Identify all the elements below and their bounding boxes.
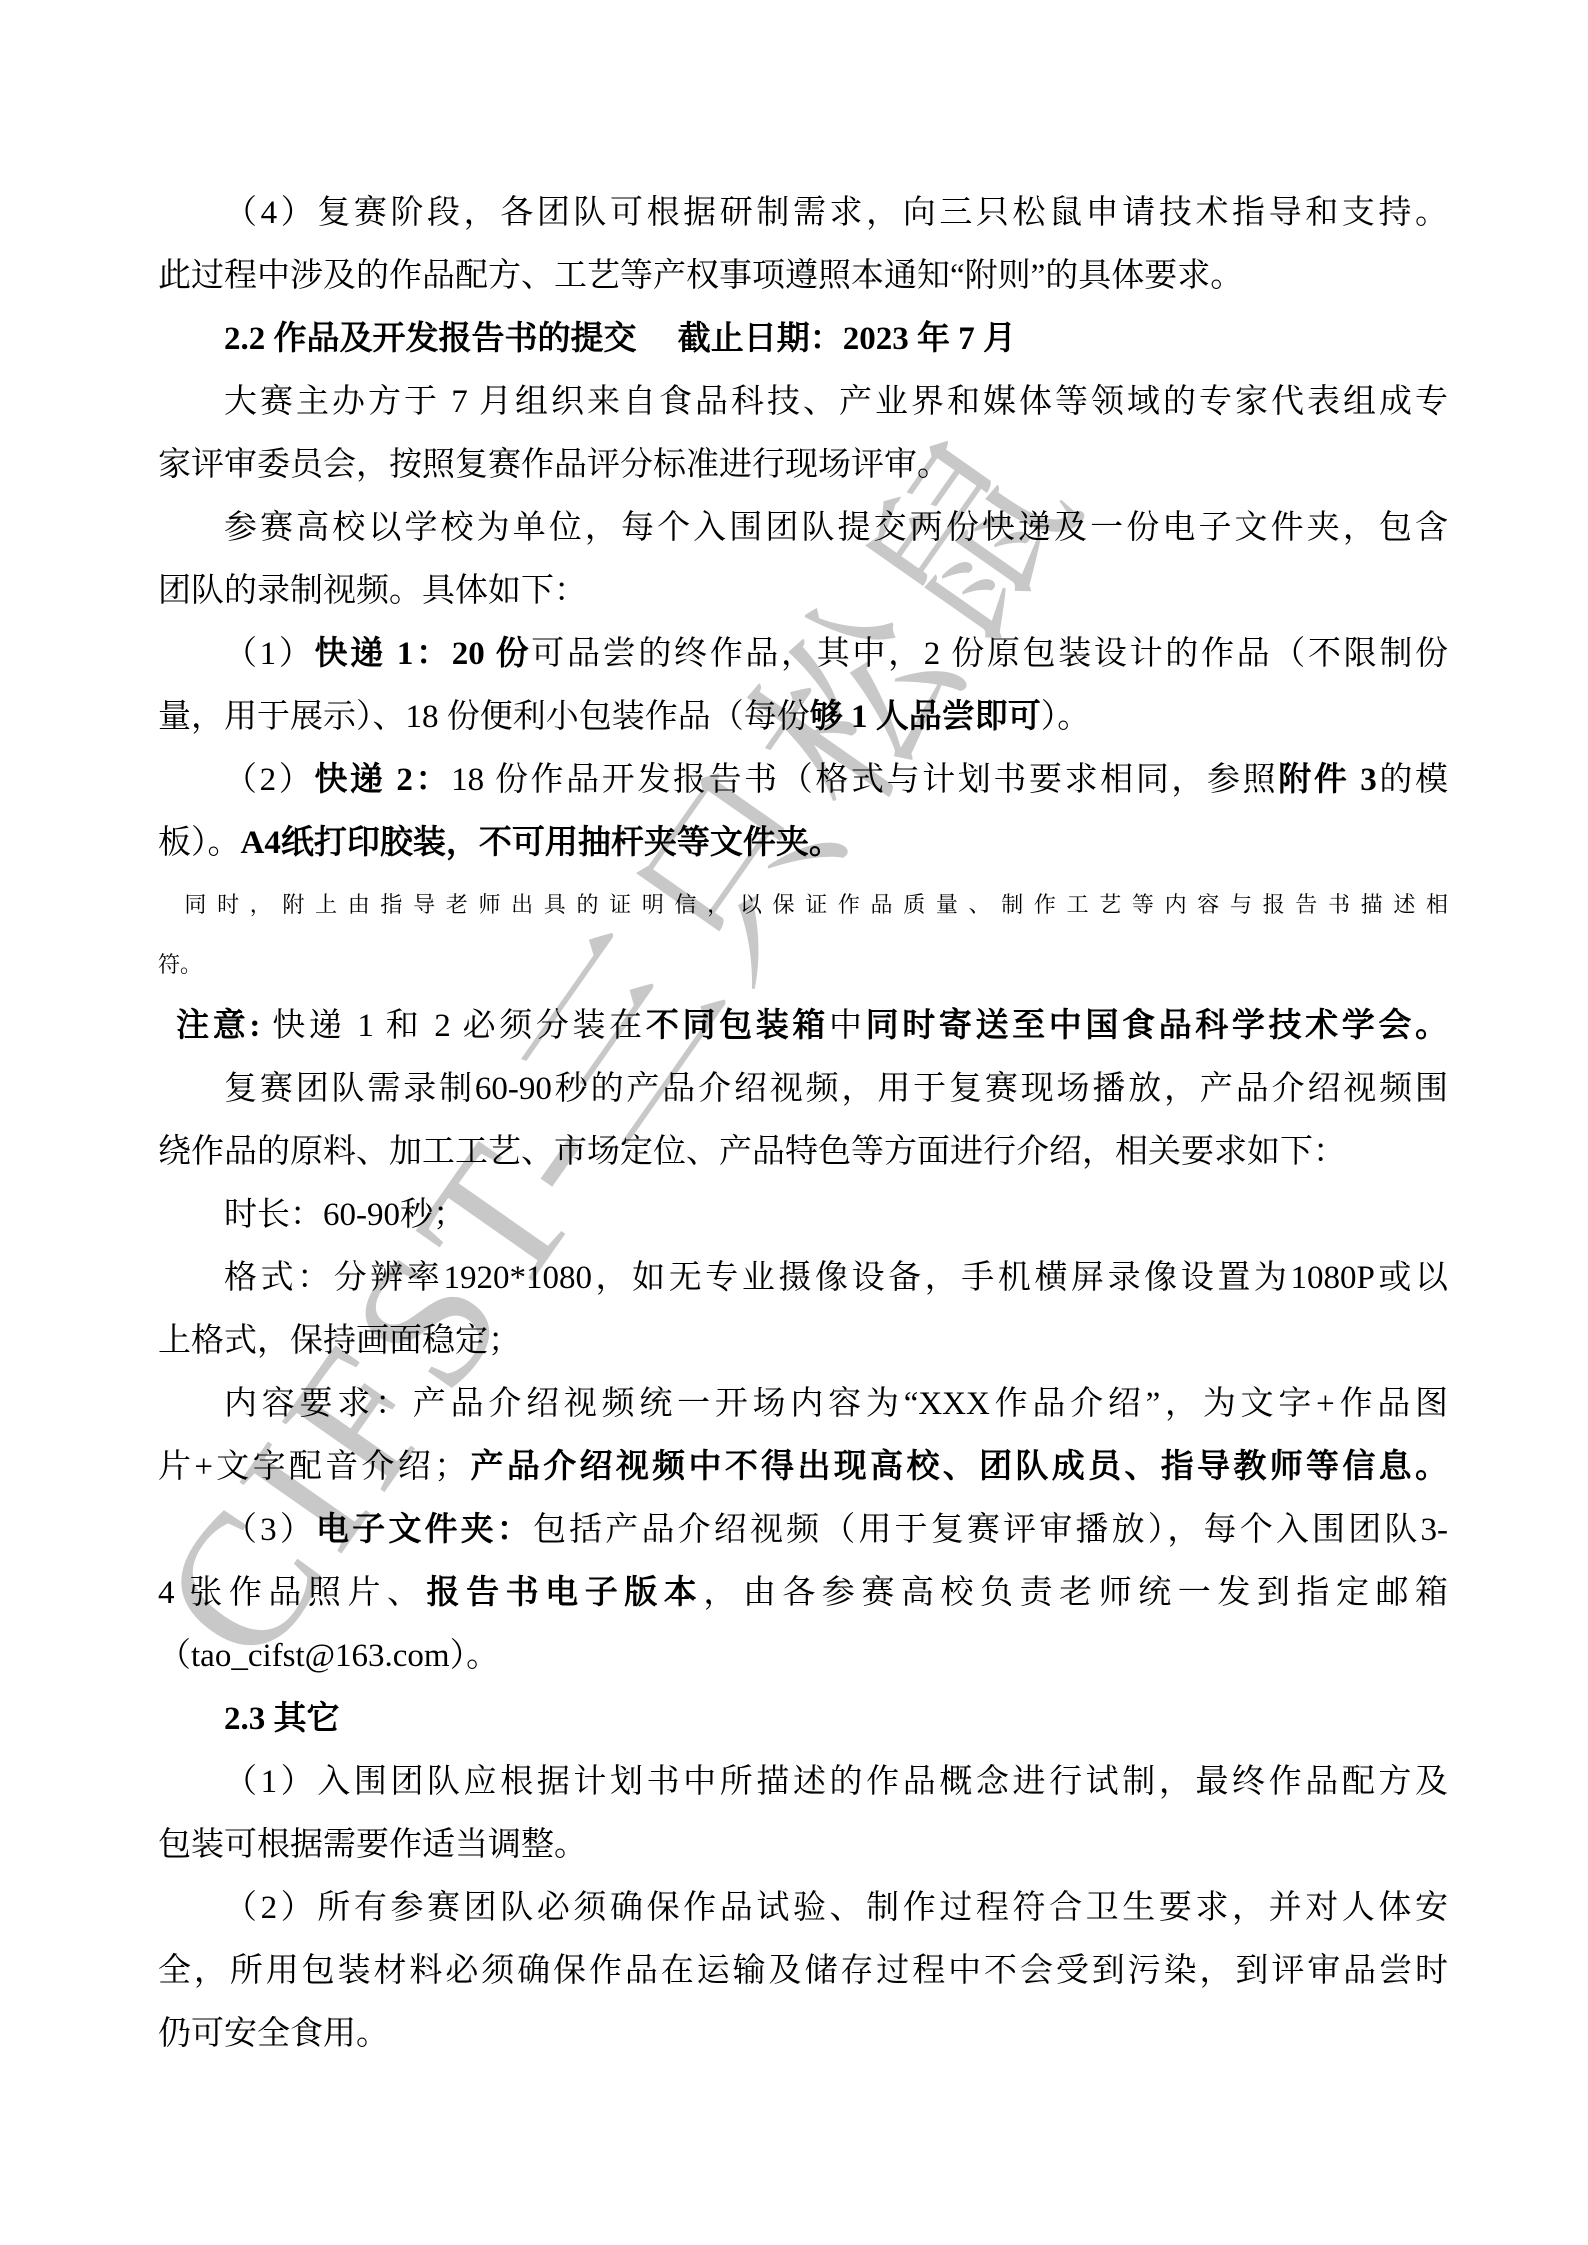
text-segment: 符。 [158, 952, 202, 977]
text-segment: 家评审委员会，按照复赛作品评分标准进行现场评审。 [158, 447, 950, 483]
text-line: 包装可根据需要作适当调整。 [158, 1814, 1448, 1877]
text-line: 同时，附上由指导老师出具的证明信，以保证作品质量、制作工艺等内容与报告书描述相 [158, 875, 1448, 935]
text-line: 注意: 快递 1 和 2 必须分装在不同包装箱中同时寄送至中国食品科学技术学会。 [158, 995, 1448, 1058]
text-line: 2.2 作品及开发报告书的提交 截止日期：2023 年 7 月 [158, 308, 1448, 371]
bold-text-segment: 2.3 其它 [224, 1701, 340, 1737]
bold-text-segment: 附件 3 [1278, 762, 1377, 798]
text-line: 此过程中涉及的作品配方、工艺等产权事项遵照本通知“附则”的具体要求。 [158, 245, 1448, 308]
text-segment: 18 份作品开发报告书（格式与计划书要求相同，参照 [451, 762, 1278, 798]
text-line: 大赛主办方于 7 月组织来自食品科技、产业界和媒体等领域的专家代表组成专 [158, 371, 1448, 434]
text-segment: 量，用于展示）、18 份便利小包装作品（每份 [158, 699, 810, 735]
text-line: （tao_cifst@163.com）。 [158, 1625, 1448, 1688]
bold-text-segment: 快递 2： [314, 762, 451, 798]
text-segment: 绕作品的原料、加工工艺、市场定位、产品特色等方面进行介绍，相关要求如下： [158, 1134, 1346, 1170]
text-line: （3）电子文件夹：包括产品介绍视频（用于复赛评审播放），每个入围团队3- [158, 1499, 1448, 1562]
text-line: 片+文字配音介绍；产品介绍视频中不得出现高校、团队成员、指导教师等信息。 [158, 1436, 1448, 1499]
text-segment: 时长：60-90秒； [224, 1197, 466, 1233]
text-segment: 快递 1 和 2 必须分装在 [260, 1008, 645, 1044]
text-line: （4）复赛阶段，各团队可根据研制需求，向三只松鼠申请技术指导和支持。 [158, 182, 1448, 245]
text-segment: 团队的录制视频。具体如下： [158, 573, 587, 609]
text-line: 家评审委员会，按照复赛作品评分标准进行现场评审。 [158, 434, 1448, 497]
text-line: 符。 [158, 935, 1448, 995]
text-segment: 全，所用包装材料必须确保作品在运输及储存过程中不会受到污染，到评审品尝时 [158, 1953, 1448, 1989]
text-segment: （2）所有参赛团队必须确保作品试验、制作过程符合卫生要求，并对人体安 [224, 1890, 1448, 1926]
text-segment: （3） [224, 1512, 316, 1548]
bold-text-segment: 不同包装箱 [646, 1008, 829, 1044]
text-line: 参赛高校以学校为单位，每个入围团队提交两份快递及一份电子文件夹，包含 [158, 497, 1448, 560]
text-segment: 4 张作品照片、 [158, 1575, 427, 1611]
text-line: 团队的录制视频。具体如下： [158, 560, 1448, 623]
text-line: 时长：60-90秒； [158, 1184, 1448, 1247]
text-line: （2）所有参赛团队必须确保作品试验、制作过程符合卫生要求，并对人体安 [158, 1877, 1448, 1940]
bold-text-segment: 报告书电子版本 [427, 1575, 704, 1611]
text-line: （1）快递 1：20 份可品尝的终作品，其中，2 份原包装设计的作品（不限制份 [158, 623, 1448, 686]
bold-text-segment: 同时寄送至中国食品科学技术学会。 [866, 1008, 1448, 1044]
text-segment: 上格式，保持画面稳定； [158, 1323, 521, 1359]
text-segment: 可品尝的终作品，其中，2 份原包装设计的作品（不限制份 [531, 636, 1448, 672]
text-segment: 仍可安全食用。 [158, 2016, 389, 2052]
bold-text-segment: 2.2 作品及开发报告书的提交 截止日期：2023 年 7 月 [224, 321, 1016, 357]
text-segment: （4）复赛阶段，各团队可根据研制需求，向三只松鼠申请技术指导和支持。 [224, 195, 1448, 231]
text-segment: 中 [829, 1008, 866, 1044]
text-segment: 同时，附上由指导老师出具的证明信，以保证作品质量、制作工艺等内容与报告书描述相 [184, 892, 1448, 917]
text-segment: 此过程中涉及的作品配方、工艺等产权事项遵照本通知“附则”的具体要求。 [158, 258, 1243, 294]
text-line: 格式：分辨率1920*1080，如无专业摄像设备，手机横屏录像设置为1080P或… [158, 1247, 1448, 1310]
bold-text-segment: 产品介绍视频中不得出现高校、团队成员、指导教师等信息。 [467, 1449, 1448, 1485]
text-segment: 的模 [1377, 762, 1448, 798]
text-line: 仍可安全食用。 [158, 2003, 1448, 2066]
bold-text-segment: A4纸打印胶装，不可用抽杆夹等文件夹。 [241, 825, 842, 861]
text-segment: ，由各参赛高校负责老师统一发到指定邮箱 [703, 1575, 1448, 1611]
text-line: （1）入围团队应根据计划书中所描述的作品概念进行试制，最终作品配方及 [158, 1751, 1448, 1814]
text-line: 内容要求：产品介绍视频统一开场内容为“XXX作品介绍”，为文字+作品图 [158, 1373, 1448, 1436]
text-segment: ）。 [1041, 699, 1091, 735]
text-line: 绕作品的原料、加工工艺、市场定位、产品特色等方面进行介绍，相关要求如下： [158, 1121, 1448, 1184]
text-segment: 片+文字配音介绍； [158, 1449, 467, 1485]
text-segment: （2） [224, 762, 314, 798]
bold-text-segment: 快递 1：20 份 [315, 636, 532, 672]
document-page: CIFST-三只松鼠 （4）复赛阶段，各团队可根据研制需求，向三只松鼠申请技术指… [0, 0, 1588, 2245]
bold-text-segment: 够 1 人品尝即可 [810, 699, 1041, 735]
text-segment: 格式：分辨率1920*1080，如无专业摄像设备，手机横屏录像设置为1080P或… [224, 1260, 1448, 1296]
text-segment: 大赛主办方于 7 月组织来自食品科技、产业界和媒体等领域的专家代表组成专 [224, 384, 1448, 420]
text-segment: 复赛团队需录制60-90秒的产品介绍视频，用于复赛现场播放，产品介绍视频围 [224, 1071, 1448, 1107]
text-segment: （tao_cifst@163.com）。 [158, 1638, 499, 1674]
bold-text-segment: 注意: [176, 1008, 260, 1044]
text-line: 上格式，保持画面稳定； [158, 1310, 1448, 1373]
text-segment: 包括产品介绍视频（用于复赛评审播放），每个入围团队3- [533, 1512, 1448, 1548]
text-segment: 包装可根据需要作适当调整。 [158, 1827, 587, 1863]
text-line: 板）。A4纸打印胶装，不可用抽杆夹等文件夹。 [158, 812, 1448, 875]
text-segment: （1）入围团队应根据计划书中所描述的作品概念进行试制，最终作品配方及 [224, 1764, 1448, 1800]
text-line: 复赛团队需录制60-90秒的产品介绍视频，用于复赛现场播放，产品介绍视频围 [158, 1058, 1448, 1121]
text-line: 全，所用包装材料必须确保作品在运输及储存过程中不会受到污染，到评审品尝时 [158, 1940, 1448, 2003]
text-segment: 板）。 [158, 825, 241, 861]
text-segment: 参赛高校以学校为单位，每个入围团队提交两份快递及一份电子文件夹，包含 [224, 510, 1448, 546]
document-body: （4）复赛阶段，各团队可根据研制需求，向三只松鼠申请技术指导和支持。此过程中涉及… [158, 182, 1448, 2066]
text-line: 量，用于展示）、18 份便利小包装作品（每份够 1 人品尝即可）。 [158, 686, 1448, 749]
text-line: 2.3 其它 [158, 1688, 1448, 1751]
text-segment: （1） [224, 636, 315, 672]
text-line: （2）快递 2：18 份作品开发报告书（格式与计划书要求相同，参照附件 3的模 [158, 749, 1448, 812]
text-line: 4 张作品照片、报告书电子版本，由各参赛高校负责老师统一发到指定邮箱 [158, 1562, 1448, 1625]
bold-text-segment: 电子文件夹： [316, 1512, 533, 1548]
text-segment: 内容要求：产品介绍视频统一开场内容为“XXX作品介绍”，为文字+作品图 [224, 1386, 1448, 1422]
